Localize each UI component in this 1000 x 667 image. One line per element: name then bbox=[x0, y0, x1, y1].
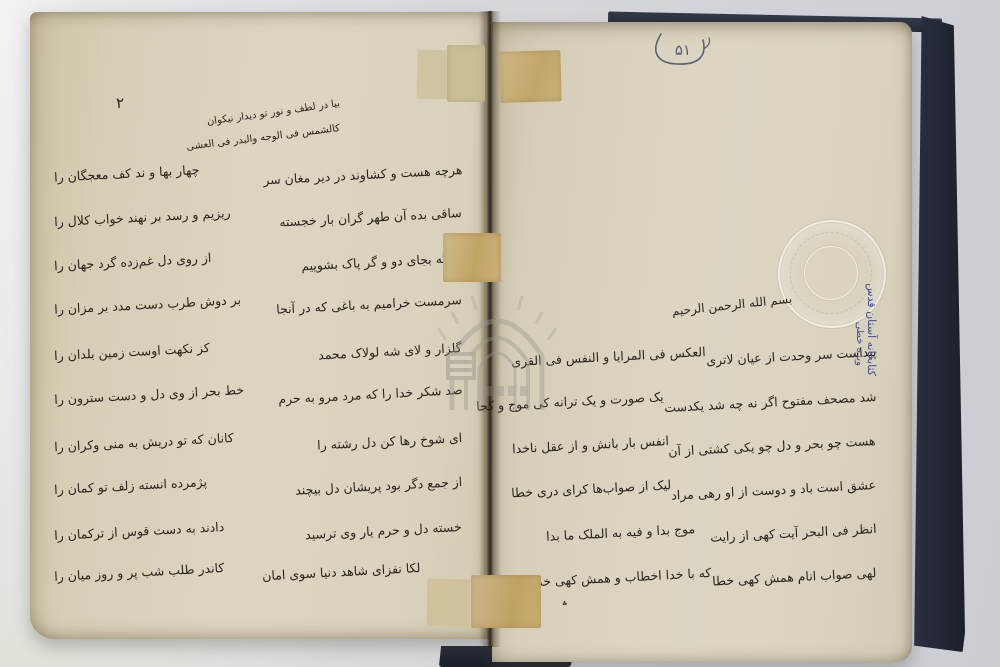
library-stamp: کتابخانه آستان قدس ویژه خطی bbox=[853, 296, 878, 376]
hemistich-left: ریزیم و رسد بر نهند خواب کلال را bbox=[54, 205, 231, 230]
couplet-row: سرمست خرامیم به باغی که در آنجا بر دوش ط… bbox=[54, 292, 462, 308]
couplet-row: گلزار و لای شه لولاک محمد کز نکهت اوست ز… bbox=[54, 340, 462, 356]
hemistich-right: صد شکر خدا را که مرد مرو به حرم bbox=[277, 382, 462, 407]
left-page-text-block: هرچه هست و کشاوند در دیر مغان سر چهار به… bbox=[54, 12, 462, 612]
hemistich-right: انظر فی البحر آیت کهی از رایت bbox=[709, 521, 876, 545]
hemistich-left: کز نکهت اوست زمین بلدان را bbox=[54, 340, 210, 364]
hemistich-left: بر دوش طرب دست مدد بر مزان را bbox=[54, 292, 241, 317]
couplet-row: شد مصحف مفتوح اگر نه چه شد یکدست یک صورت… bbox=[546, 389, 876, 405]
hemistich-left: موج بدا و فیه به الملک ما بدا bbox=[546, 521, 696, 544]
left-page: ۲ بیا در لطف و نور تو دیدار نیکوان کالشم… bbox=[30, 12, 489, 639]
library-stamp-line1: کتابخانه آستان قدس bbox=[865, 296, 878, 376]
hemistich-left: چهار بها و ند کف معجگان را bbox=[54, 162, 200, 185]
couplet-row: ای شوخ رها کن دل رشته را کانان که تو دری… bbox=[54, 430, 462, 446]
astan-quds-watermark-icon bbox=[436, 280, 558, 412]
tape-residue bbox=[443, 233, 501, 282]
book-cover-right-edge bbox=[903, 16, 965, 652]
tape-residue bbox=[427, 579, 471, 627]
hemistich-left: کاندر طلب شب پر و روز میان را bbox=[54, 560, 225, 585]
hemistich-left: دادند به دست قوس از ترکمان را bbox=[54, 519, 225, 544]
hemistich-right: لکا نفزای شاهد دنیا سوی امان bbox=[262, 560, 421, 584]
hemistich-right: شد مصحف مفتوح اگر نه چه شد یکدست bbox=[664, 389, 877, 416]
tape-residue bbox=[499, 50, 561, 103]
couplet-row: پیداست سر وحدت از عیان لاتری العکس فی ال… bbox=[546, 344, 876, 360]
hemistich-right: ای شوخ رها کن دل رشته را bbox=[317, 430, 463, 453]
hemistich-right: لهی صواب انام همش کهی خطا bbox=[711, 565, 876, 589]
hemistich-right: پیداست سر وحدت از عیان لاتری bbox=[705, 344, 876, 369]
couplet-row: از جمع دگر بود پریشان دل بیچند پژمرده ان… bbox=[54, 474, 462, 490]
hemistich-right: هرچه هست و کشاوند در دیر مغان سر bbox=[262, 162, 462, 188]
hemistich-left: از روی دل غم‌زده گرد جهان را bbox=[54, 250, 212, 274]
hemistich-right: از جمع دگر بود پریشان دل بیچند bbox=[295, 474, 463, 498]
couplet-row: هست چو بحر و دل چو یکی کشتی از آن انفس ب… bbox=[546, 433, 876, 449]
hemistich-right: ساقی بده آن طهر گران بار خجسته bbox=[279, 205, 462, 230]
couplet-row: انظر فی البحر آیت کهی از رایت موج بدا و … bbox=[546, 521, 876, 537]
hemistich-left: لیک از صواب‌ها کرای دری خطا bbox=[511, 477, 672, 501]
couplet-row: خسته دل و حرم یار وی ترسید دادند به دست … bbox=[54, 519, 462, 535]
hemistich-right: سرمست خرامیم به باغی که در آنجا bbox=[276, 292, 462, 317]
hemistich-left: کانان که تو دریش به منی وکران را bbox=[54, 430, 234, 455]
hemistich-left: انفس بار بانش و از عقل ناخدا bbox=[511, 433, 669, 457]
right-page-text-block: پیداست سر وحدت از عیان لاتری العکس فی ال… bbox=[546, 22, 876, 642]
couplet-row: وانگه بجای دو و گر پاک بشوییم از روی دل … bbox=[54, 250, 462, 266]
hemistich-left: پژمرده انسته زلف تو کمان را bbox=[54, 474, 208, 498]
hemistich-left: خط بحر از وی دل و دست سترون را bbox=[54, 382, 245, 408]
hemistich-right: وانگه بجای دو و گر پاک بشوییم bbox=[301, 250, 463, 274]
couplet-row: ساقی بده آن طهر گران بار خجسته ریزیم و ر… bbox=[54, 205, 462, 221]
hemistich-right: هست چو بحر و دل چو یکی کشتی از آن bbox=[668, 433, 876, 459]
couplet-row: عشق است باد و دوست از او رهی مراد لیک از… bbox=[546, 477, 876, 493]
tape-residue bbox=[471, 575, 541, 628]
tape-residue bbox=[447, 45, 485, 102]
manuscript-photo: ۲ بیا در لطف و نور تو دیدار نیکوان کالشم… bbox=[0, 0, 1000, 667]
library-stamp-line2: ویژه خطی bbox=[853, 296, 865, 376]
couplet-row: هرچه هست و کشاوند در دیر مغان سر چهار به… bbox=[54, 162, 462, 178]
hemistich-right: عشق است باد و دوست از او رهی مراد bbox=[671, 477, 877, 503]
couplet-row: صد شکر خدا را که مرد مرو به حرم خط بحر ا… bbox=[54, 382, 462, 398]
hemistich-left: که با خدا اخطاب و همش کهی خدا bbox=[533, 565, 712, 590]
hemistich-right: خسته دل و حرم یار وی ترسید bbox=[305, 519, 462, 543]
couplet-row: لکا نفزای شاهد دنیا سوی امان کاندر طلب ش… bbox=[54, 560, 462, 576]
couplet-row: لهی صواب انام همش کهی خطا که با خدا اخطا… bbox=[546, 565, 876, 581]
